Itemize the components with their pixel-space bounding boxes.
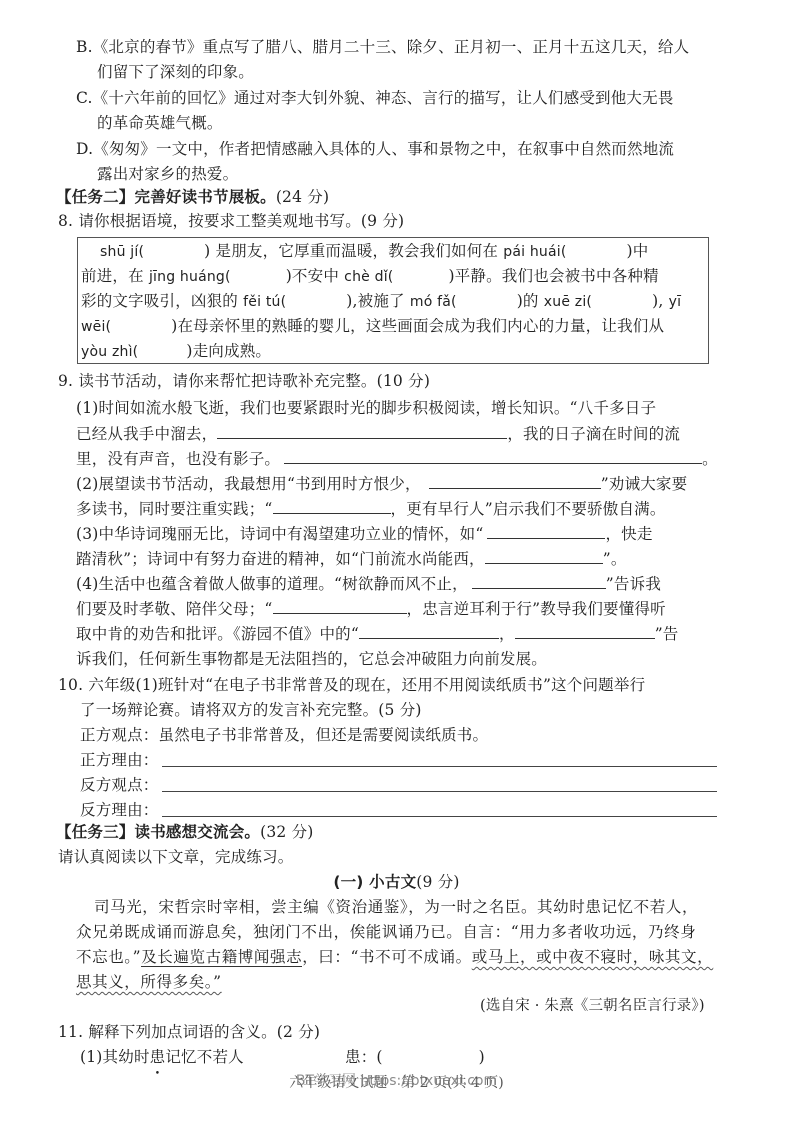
passage-text-a: 不忘也。” xyxy=(76,948,141,966)
q11-dotted-char: 患 xyxy=(150,1048,166,1066)
q9-p3-line1: (3)中华诗词瑰丽无比，诗词中有渴望建功立业的情怀，如“，快走 xyxy=(76,524,653,544)
q9-p3-text-d: ”。 xyxy=(603,550,627,568)
box-text: )走向成熟。 xyxy=(186,342,271,360)
q10-con-view-line[interactable] xyxy=(162,791,717,792)
task3-heading: 【任务三】读书感想交流会。(32 分) xyxy=(56,822,314,842)
task2-title: 【任务二】完善好读书节展板。 xyxy=(56,188,276,206)
q11-answer-label: 患：( xyxy=(345,1048,383,1066)
q9-p4-line1: (4)生活中也蕴含着做人做事的道理。“树欲静而风不止，”告诉我 xyxy=(76,574,661,594)
pinyin-prompt: shū jí( xyxy=(100,244,144,260)
pinyin-prompt: jīng huáng( xyxy=(149,269,231,285)
q9-blank-3[interactable] xyxy=(429,474,601,489)
q8-box-line: 彩的文字吸引，凶狠的 fěi tú(),被施了 mó fǎ()的 xuē zi(… xyxy=(81,291,681,312)
q9-blank-7[interactable] xyxy=(472,574,606,589)
passage-title-score: (9 分) xyxy=(416,873,459,891)
q8-box-line: 前进，在 jīng huáng()不安中 chè dǐ()平静。我们也会被书中各… xyxy=(81,266,659,287)
pinyin-prompt: fěi tú( xyxy=(243,294,286,310)
q8-box-line: wēi()在母亲怀里的熟睡的婴儿，这些画面会成为我们内心的力量，让我们从 xyxy=(81,316,664,337)
q9-blank-6[interactable] xyxy=(485,549,603,564)
q8-box-line: shū jí() 是朋友，它厚重而温暖，教会我们如何在 pái huái()中 xyxy=(100,241,649,262)
task2-heading: 【任务二】完善好读书节展板。(24 分) xyxy=(56,187,329,207)
task3-score: (32 分) xyxy=(260,823,313,841)
passage-source: (选自宋 · 朱熹《三朝名臣言行录》) xyxy=(480,996,705,1016)
option-d-line1: D.《匆匆》一文中，作者把情感融入具体的人、事和景物之中，在叙事中自然而然地流 xyxy=(76,139,674,159)
q10-pro-reason-label: 正方理由： xyxy=(80,750,159,770)
q9-p4-text-f: ”告 xyxy=(655,625,679,643)
q9-p4-text-e: 取中肯的劝告和批评。《游园不值》中的“ xyxy=(76,625,359,643)
box-text: )中 xyxy=(627,242,649,260)
passage-underlined-straight: 及长遍览古籍博闻强志 xyxy=(141,948,302,967)
q11-answer-close: ) xyxy=(479,1048,485,1066)
q10-con-reason-line[interactable] xyxy=(162,816,717,817)
q9-p4-text-a: (4)生活中也蕴含着做人做事的道理。“树欲静而风不止， xyxy=(76,575,468,593)
q11-item1-answer[interactable]: 患：() xyxy=(345,1047,485,1067)
q8-prompt: 8. 请你根据语境，按要求工整美观地书写。(9 分) xyxy=(58,211,404,231)
q9-p2-text-d: ，更有早行人”启示我们不要骄傲自满。 xyxy=(391,500,666,518)
q9-blank-5[interactable] xyxy=(487,524,605,539)
q9-p2-text-b: ”劝诫大家要 xyxy=(601,475,688,493)
q9-p2-text-a: (2)展望读书节活动，我最想用“书到用时方恨少， xyxy=(76,475,421,493)
passage-title: (一) 小古文(9 分) xyxy=(0,872,793,892)
q11-item1: (1)其幼时患记忆不若人 xyxy=(80,1047,244,1067)
pinyin-prompt: mó fǎ( xyxy=(410,294,457,310)
q9-p4-text-b: ”告诉我 xyxy=(606,575,661,593)
task3-instruction: 请认真阅读以下文章，完成练习。 xyxy=(58,847,294,867)
q9-blank-1[interactable] xyxy=(217,424,507,439)
pinyin-prompt: yòu zhì( xyxy=(81,344,138,360)
option-c-line2: 的革命英雄气概。 xyxy=(97,113,223,133)
watermark: BT学习网 https://btxuexi.com xyxy=(0,1070,793,1090)
passage-text-c: ，曰：“书不可不成诵。 xyxy=(302,948,472,966)
q9-p1-line2: 已经从我手中溜去，，我的日子滴在时间的流 xyxy=(76,424,680,444)
q9-prompt: 9. 读书节活动，请你来帮忙把诗歌补充完整。(10 分) xyxy=(58,371,430,391)
q9-p4-line4: 诉我们，任何新生事物都是无法阻挡的，它总会冲破阻力向前发展。 xyxy=(76,649,547,669)
q9-blank-2[interactable] xyxy=(284,449,702,464)
q9-p1-text-a: 已经从我手中溜去， xyxy=(76,425,217,443)
passage-title-text: (一) 小古文 xyxy=(333,873,416,891)
q9-p3-text-a: (3)中华诗词瑰丽无比，诗词中有渴望建功立业的情怀，如“ xyxy=(76,525,483,543)
q10-pro-view: 正方观点：虽然电子书非常普及，但还是需要阅读纸质书。 xyxy=(80,725,488,745)
option-c-line1: C.《十六年前的回忆》通过对李大钊外貌、神态、言行的描写，让人们感受到他大无畏 xyxy=(76,88,674,108)
pinyin-prompt: pái huái( xyxy=(503,244,566,260)
q10-pro-reason-line[interactable] xyxy=(162,766,717,767)
task3-title: 【任务三】读书感想交流会。 xyxy=(56,823,260,841)
box-text: ),被施了 xyxy=(346,292,410,310)
box-text: )不安中 xyxy=(286,267,344,285)
q9-p4-text-c: 们要及时孝敬、陪伴父母；“ xyxy=(76,600,273,618)
q9-p4-comma: ， xyxy=(499,625,515,643)
q11-item1-pre: (1)其幼时 xyxy=(80,1048,150,1066)
q9-p1-line1: (1)时间如流水般飞逝，我们也要紧跟时光的脚步积极阅读，增长知识。“八千多日子 xyxy=(76,398,656,418)
passage-underlined-wavy-1: 或马上，或中夜不寝时，咏其文， xyxy=(472,948,714,966)
q10-prompt-line1: 10. 六年级(1)班针对“在电子书非常普及的现在，还用不用阅读纸质书”这个问题… xyxy=(58,675,645,695)
passage-underlined-wavy-2: 思其义，所得多矣。” xyxy=(76,973,222,991)
exam-page: B.《北京的春节》重点写了腊八、腊月二十三、除夕、正月初一、正月十五这几天，给人… xyxy=(0,0,793,1122)
pinyin-prompt: xuē zi( xyxy=(544,294,592,310)
box-text: ), xyxy=(652,292,669,310)
pinyin-prompt: yī xyxy=(669,294,682,310)
q9-p2-text-c: 多读书，同时要注重实践；“ xyxy=(76,500,273,518)
passage-line4: 思其义，所得多矣。” xyxy=(76,972,222,992)
q9-blank-8[interactable] xyxy=(273,599,407,614)
q9-p1-line3: 里，没有声音，也没有影子。。 xyxy=(76,449,718,469)
q9-p4-line3: 取中肯的劝告和批评。《游园不值》中的“，”告 xyxy=(76,624,679,644)
q9-p3-line2: 踏清秋”；诗词中有努力奋进的精神，如“门前流水尚能西，”。 xyxy=(76,549,627,569)
q9-p3-text-c: 踏清秋”；诗词中有努力奋进的精神，如“门前流水尚能西， xyxy=(76,550,485,568)
q8-box-line: yòu zhì()走向成熟。 xyxy=(81,341,271,362)
q10-prompt-line2: 了一场辩论赛。请将双方的发言补充完整。(5 分) xyxy=(80,700,422,720)
q10-con-reason-label: 反方理由： xyxy=(80,800,159,820)
q9-p2-line2: 多读书，同时要注重实践；“，更有早行人”启示我们不要骄傲自满。 xyxy=(76,499,666,519)
q11-item1-post: 记忆不若人 xyxy=(165,1048,244,1066)
box-text: )平静。我们也会被书中各种精 xyxy=(448,267,658,285)
q9-p2-line1: (2)展望读书节活动，我最想用“书到用时方恨少，”劝诫大家要 xyxy=(76,474,687,494)
box-text: )在母亲怀里的熟睡的婴儿，这些画面会成为我们内心的力量，让我们从 xyxy=(171,317,664,335)
passage-line1: 司马光，宋哲宗时宰相，尝主编《资治通鉴》，为一时之名臣。其幼时患记忆不若人， xyxy=(94,897,698,917)
box-text: 彩的文字吸引，凶狠的 xyxy=(81,292,243,310)
q9-p3-text-b: ，快走 xyxy=(605,525,652,543)
q9-p1-text-c: 里，没有声音，也没有影子。 xyxy=(76,450,280,468)
q10-con-view-label: 反方观点： xyxy=(80,775,159,795)
option-b-line1: B.《北京的春节》重点写了腊八、腊月二十三、除夕、正月初一、正月十五这几天，给人 xyxy=(76,37,689,57)
q9-blank-4[interactable] xyxy=(273,499,391,514)
pinyin-prompt: wēi( xyxy=(81,319,111,335)
passage-line3: 不忘也。”及长遍览古籍博闻强志，曰：“书不可不成诵。或马上，或中夜不寝时，咏其文… xyxy=(76,947,713,967)
q9-p4-text-d: ，忠言逆耳利于行”教导我们要懂得听 xyxy=(407,600,666,618)
option-b-line2: 们留下了深刻的印象。 xyxy=(97,62,254,82)
q9-p1-end: 。 xyxy=(702,450,718,468)
q11-prompt: 11. 解释下列加点词语的含义。(2 分) xyxy=(58,1022,320,1042)
passage-line2: 众兄弟既成诵而游息矣，独闭门不出，俟能讽诵乃已。自言：“用力多者收功远，乃终身 xyxy=(76,922,696,942)
option-d-line2: 露出对家乡的热爱。 xyxy=(97,164,238,184)
q9-p4-line2: 们要及时孝敬、陪伴父母；“，忠言逆耳利于行”教导我们要懂得听 xyxy=(76,599,666,619)
pinyin-prompt: chè dǐ( xyxy=(344,269,393,285)
task2-score: (24 分) xyxy=(276,188,329,206)
q9-p1-text-b: ，我的日子滴在时间的流 xyxy=(507,425,680,443)
box-text: 前进，在 xyxy=(81,267,149,285)
box-text: )的 xyxy=(517,292,544,310)
q9-blank-10[interactable] xyxy=(515,624,655,639)
q9-blank-9[interactable] xyxy=(359,624,499,639)
box-text: ) 是朋友，它厚重而温暖，教会我们如何在 xyxy=(204,242,503,260)
